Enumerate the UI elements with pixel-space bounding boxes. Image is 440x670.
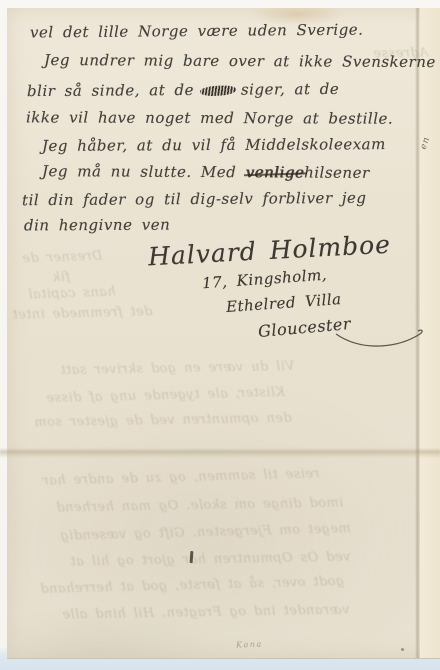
letter-scan: Adresse Dresner de fik hans capital det … [0,0,440,670]
crossed-out-word [200,85,236,96]
letter-line-text: Jeg må nu slutte. Med [42,162,236,181]
bleedthrough-line: Dresner de [22,249,103,267]
letter-line: Jeg undrer mig bare over at ikke Svenske… [44,51,436,71]
horizontal-fold-crease [0,448,440,458]
letter-line: ikke vil have noget med Norge at bestill… [26,108,393,127]
ink-speck [401,648,404,651]
letter-line: Jeg håber, at du vil få Middelskoleexam [42,135,386,155]
bleedthrough-line: fik [52,270,70,285]
pencil-annotation: Kana [236,640,263,650]
letter-line: blir så sinde, at desiger, at de [27,80,339,100]
overwritten-word: venlige [245,163,304,181]
letter-line: vel det lille Norge være uden Sverige. [30,21,364,42]
letter-line: din hengivne ven [24,216,170,235]
letter-line-text: siger, at de [241,80,339,99]
signature-flourish [334,328,426,352]
letter-line: til din fader og til dig-selv forbliver … [22,189,367,209]
bleedthrough-line: hans capital [28,284,116,302]
letter-line-text: blir så sinde, at de [27,81,194,100]
letter-line-text: hilsener [304,164,370,182]
letter-line: Jeg må nu slutte. Med venligehilsener [42,162,370,182]
